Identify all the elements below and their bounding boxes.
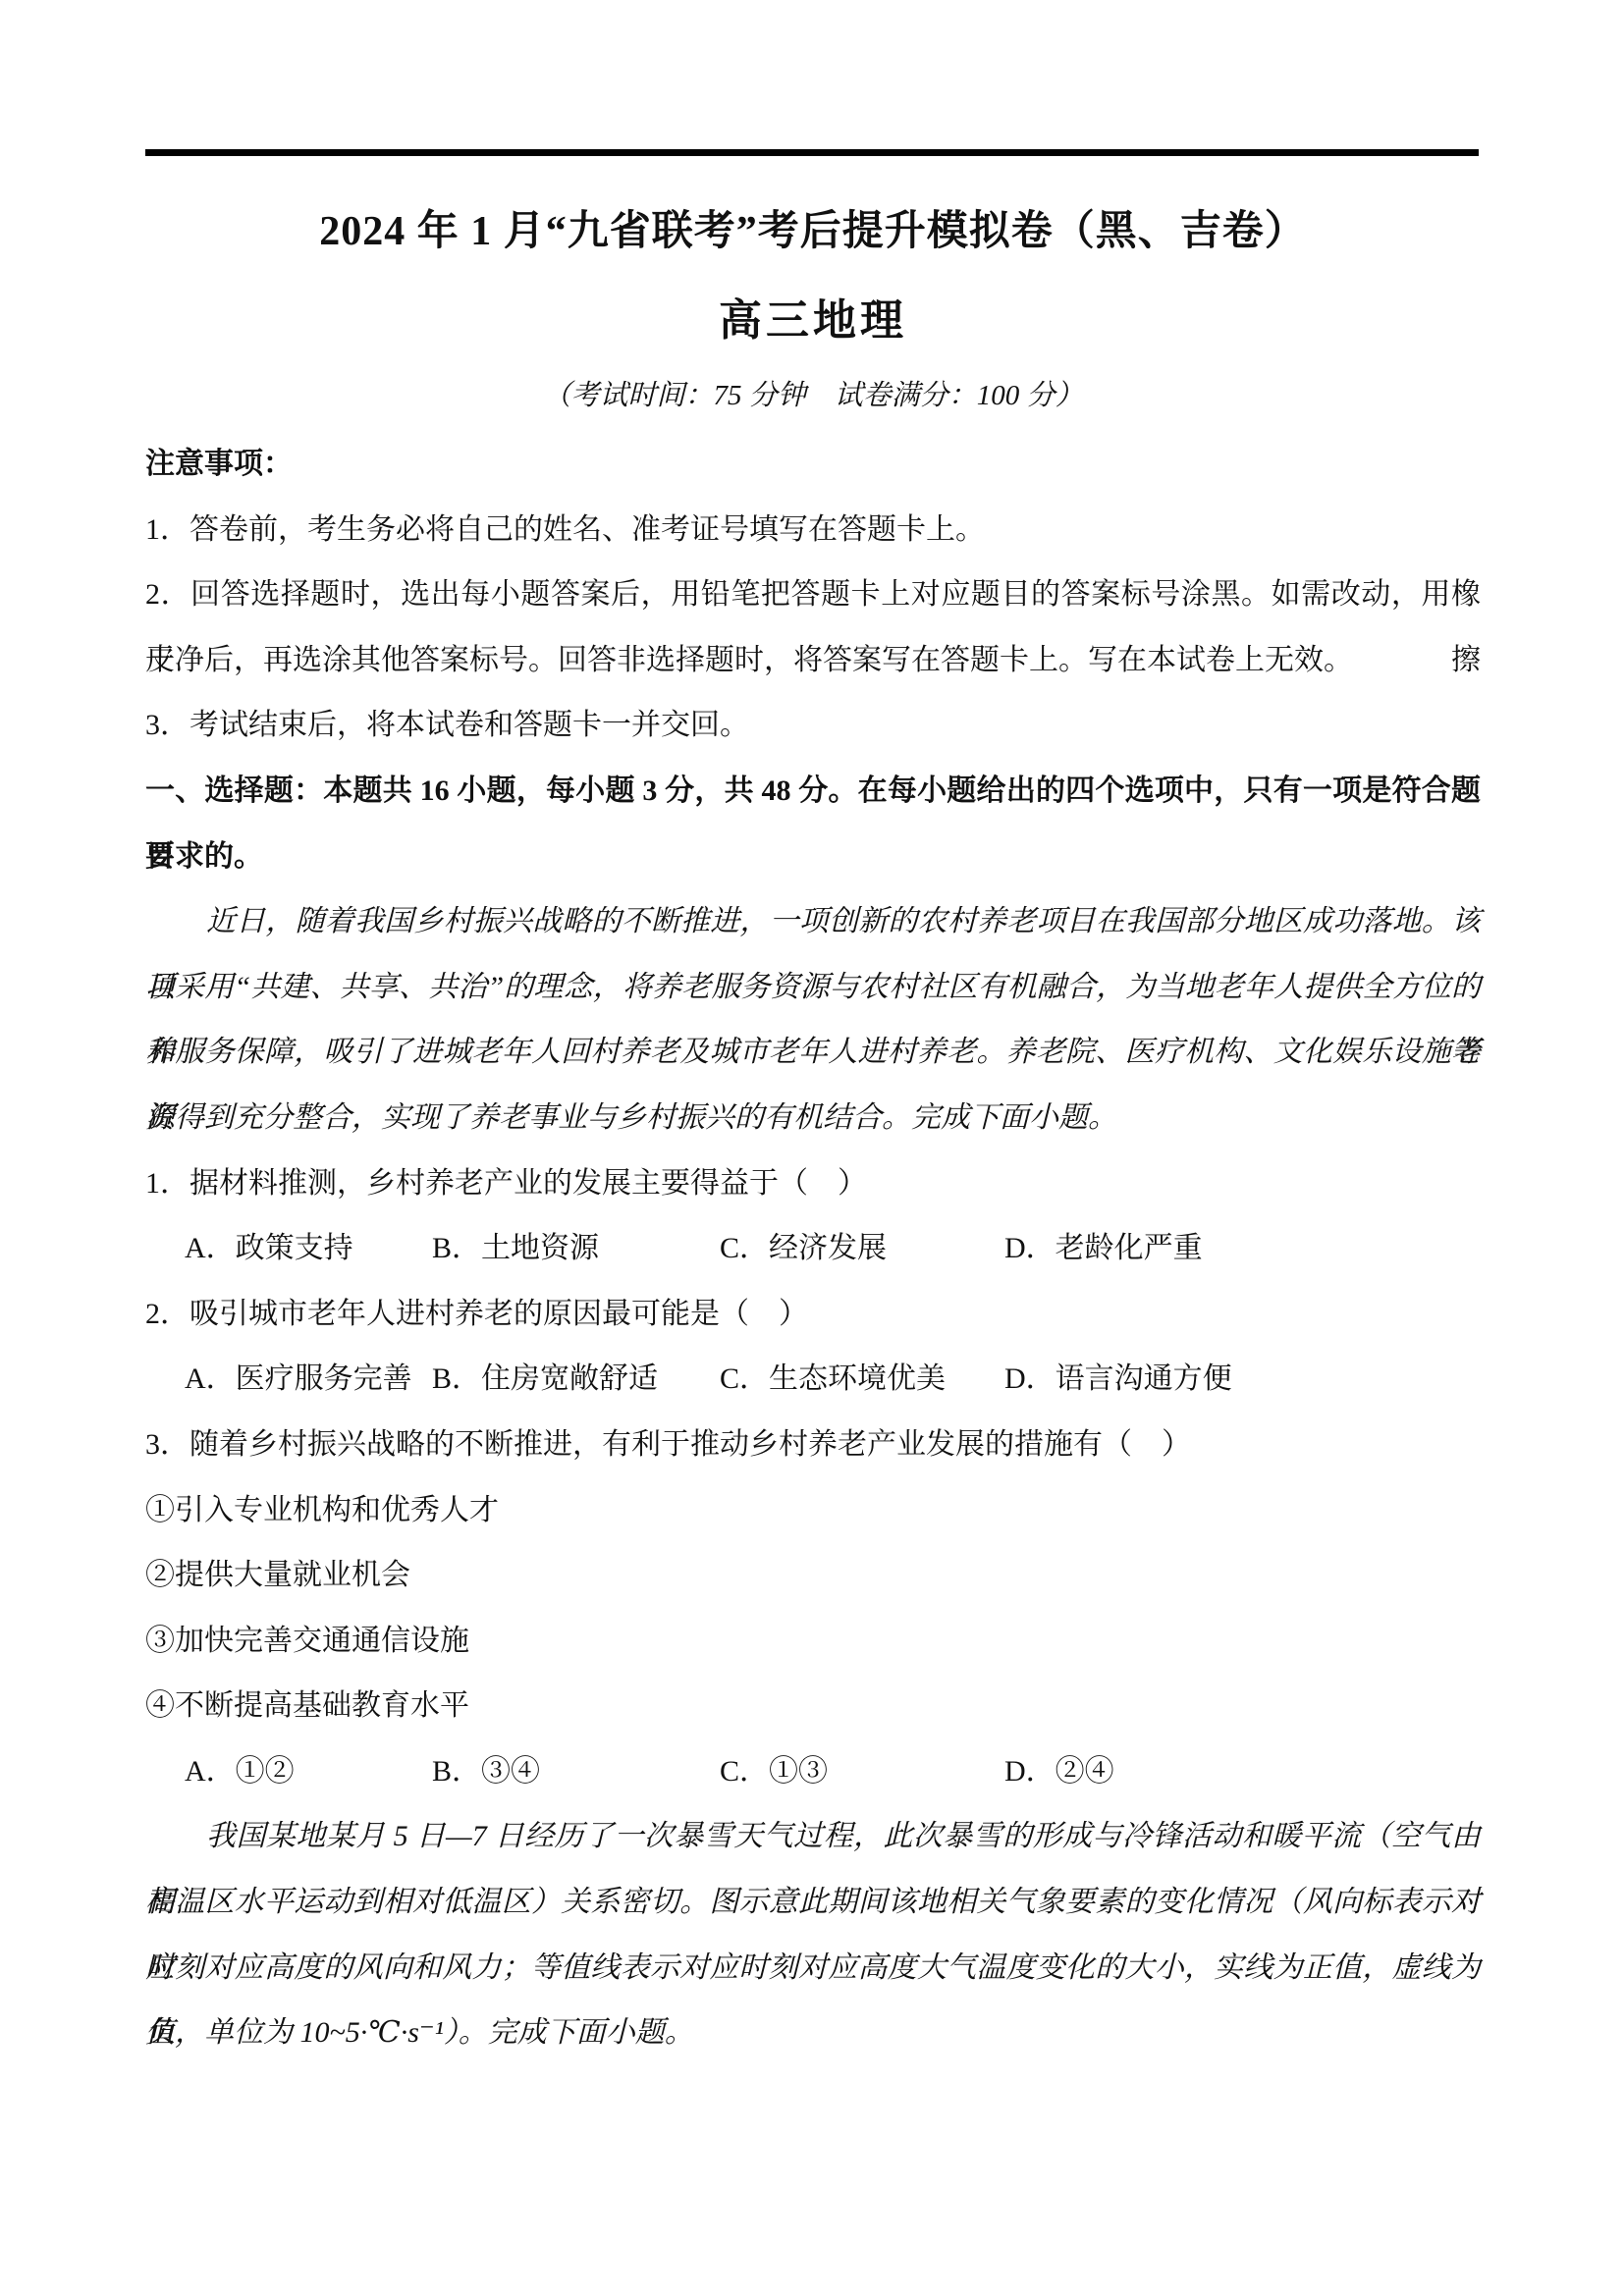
passage1-line-4: 源得到充分整合，实现了养老事业与乡村振兴的有机结合。完成下面小题。: [145, 1086, 1481, 1151]
question-2-option-d: D．语言沟通方便: [1004, 1347, 1232, 1413]
notice-line-1: 1．答卷前，考生务必将自己的姓名、准考证号填写在答题卡上。: [145, 498, 1481, 563]
header-rule: [145, 149, 1479, 156]
exam-meta-line: （考试时间：75 分钟 试卷满分：100 分）: [145, 379, 1481, 413]
question-2-option-a: A．医疗服务完善: [185, 1347, 412, 1413]
question-3-item-3: ③加快完善交通通信设施: [145, 1609, 1481, 1675]
paper-title: 2024 年 1 月“九省联考”考后提升模拟卷（黑、吉卷）: [145, 208, 1481, 255]
question-1-options-row: A．政策支持 B．土地资源 C．经济发展 D．老龄化严重: [145, 1216, 1481, 1282]
question-1-option-c: C．经济发展: [720, 1216, 887, 1282]
passage1-line-2: 目采用“共建、共享、共治”的理念，将养老服务资源与农村社区有机融合，为当地老年人…: [145, 955, 1481, 1021]
exam-paper-page: 2024 年 1 月“九省联考”考后提升模拟卷（黑、吉卷） 高三地理 （考试时间…: [0, 0, 1624, 2296]
question-3-item-4: ④不断提高基础教育水平: [145, 1674, 1481, 1739]
question-3-option-c: C．①③: [720, 1739, 828, 1805]
passage2-line-3: 时刻对应高度的风向和风力；等值线表示对应时刻对应高度大气温度变化的大小，实线为正…: [145, 1936, 1481, 2002]
question-3-item-1: ①引入专业机构和优秀人才: [145, 1478, 1481, 1544]
question-3-item-2: ②提供大量就业机会: [145, 1543, 1481, 1609]
question-2-options-row: A．医疗服务完善 B．住房宽敞舒适 C．生态环境优美 D．语言沟通方便: [145, 1347, 1481, 1413]
question-3-stem: 3．随着乡村振兴战略的不断推进，有利于推动乡村养老产业发展的措施有（ ）: [145, 1413, 1481, 1478]
passage2-line-2: 高温区水平运动到相对低温区）关系密切。图示意此期间该地相关气象要素的变化情况（风…: [145, 1870, 1481, 1936]
passage1-line-1: 近日，随着我国乡村振兴战略的不断推进，一项创新的农村养老项目在我国部分地区成功落…: [145, 889, 1481, 955]
question-1-option-d: D．老龄化严重: [1004, 1216, 1203, 1282]
notice-line-2-cont: 干净后，再选涂其他答案标号。回答非选择题时，将答案写在答题卡上。写在本试卷上无效…: [145, 628, 1481, 694]
passage2-line-4: 值，单位为 10~5·℃·s⁻¹）。完成下面小题。: [145, 2001, 1481, 2066]
question-1-option-b: B．土地资源: [432, 1216, 599, 1282]
question-3-option-b: B．③④: [432, 1739, 540, 1805]
question-3-option-a: A．①②: [185, 1739, 295, 1805]
passage2-line-1: 我国某地某月 5 日—7 日经历了一次暴雪天气过程，此次暴雪的形成与冷锋活动和暖…: [145, 1804, 1481, 1870]
question-2-option-c: C．生态环境优美: [720, 1347, 946, 1413]
question-1-option-a: A．政策支持: [185, 1216, 353, 1282]
notice-heading: 注意事项：: [145, 432, 1481, 498]
question-1-stem: 1．据材料推测，乡村养老产业的发展主要得益于（ ）: [145, 1151, 1481, 1217]
question-3-option-d: D．②④: [1004, 1739, 1114, 1805]
section-heading-line-2: 要求的。: [145, 825, 1481, 890]
paper-subtitle: 高三地理: [145, 297, 1481, 345]
question-2-stem: 2．吸引城市老年人进村养老的原因最可能是（ ）: [145, 1282, 1481, 1348]
question-3-options-row: A．①② B．③④ C．①③ D．②④: [145, 1739, 1481, 1805]
question-2-option-b: B．住房宽敞舒适: [432, 1347, 658, 1413]
passage1-line-3: 和服务保障，吸引了进城老年人回村养老及城市老年人进村养老。养老院、医疗机构、文化…: [145, 1020, 1481, 1086]
notice-line-3: 3．考试结束后，将本试卷和答题卡一并交回。: [145, 693, 1481, 759]
paper-body: 注意事项： 1．答卷前，考生务必将自己的姓名、准考证号填写在答题卡上。 2．回答…: [145, 432, 1481, 2066]
notice-line-2: 2．回答选择题时，选出每小题答案后，用铅笔把答题卡上对应题目的答案标号涂黑。如需…: [145, 562, 1481, 628]
section-heading-line-1: 一、选择题：本题共 16 小题，每小题 3 分，共 48 分。在每小题给出的四个…: [145, 759, 1481, 825]
